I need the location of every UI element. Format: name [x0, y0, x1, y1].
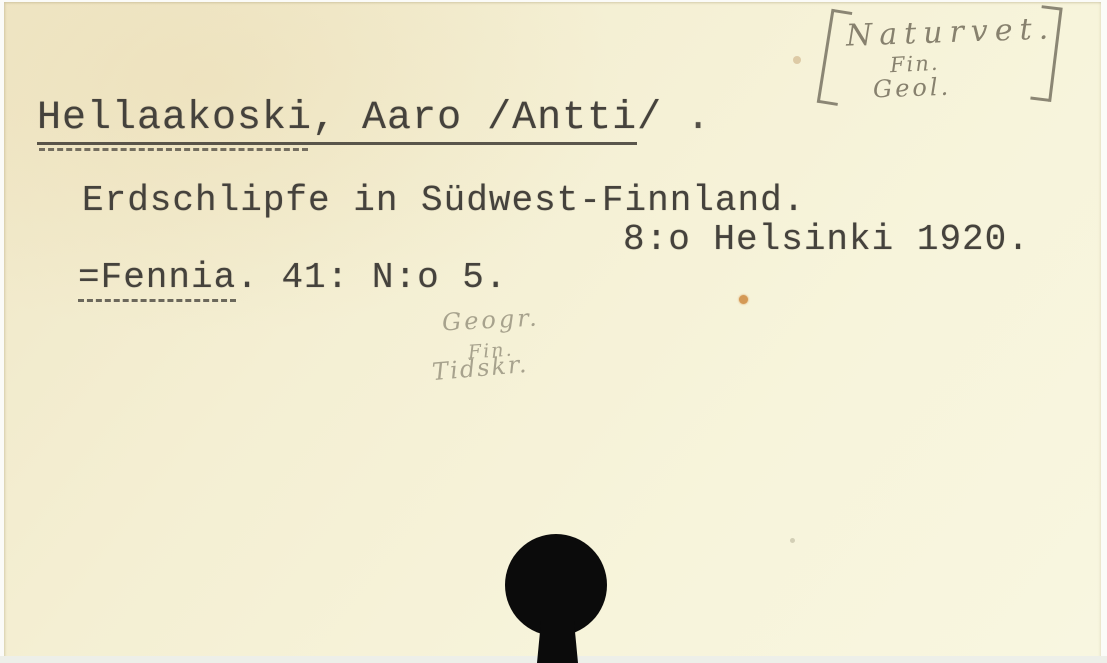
heading-end-slash: / [637, 96, 662, 141]
series-line: =Fennia. 41: N:o 5. [78, 260, 507, 302]
series-name: =Fennia [78, 260, 236, 302]
punch-hole-keyhole-icon [488, 525, 628, 663]
pencil-line-3: Tidskr. [431, 352, 529, 384]
scanned-catalog-card-page: Naturvet. Fin. Geol. Hellaakoski, Aaro /… [0, 0, 1107, 663]
classification-line-1: Naturvet. [846, 14, 1056, 51]
paper-speck [793, 56, 801, 64]
author-surname: Hellaakoski [37, 96, 312, 141]
heading-underline: Hellaakoski, Aaro /Antti [37, 99, 637, 145]
paper-speck [790, 538, 795, 543]
classification-line-3: Geol. [873, 75, 952, 102]
title-line: Erdschlipfe in Südwest-Finnland. [82, 183, 805, 219]
author-heading: Hellaakoski, Aaro /Antti/. [37, 99, 711, 145]
imprint-line: 8:o Helsinki 1920. [623, 222, 1030, 258]
paper-speck [739, 295, 748, 304]
heading-trailing-dot: . [686, 99, 711, 139]
pencil-line-1: Geogr. [441, 305, 540, 334]
series-numbering: . 41: N:o 5. [236, 257, 507, 298]
author-forenames: , Aaro /Antti [312, 96, 637, 141]
